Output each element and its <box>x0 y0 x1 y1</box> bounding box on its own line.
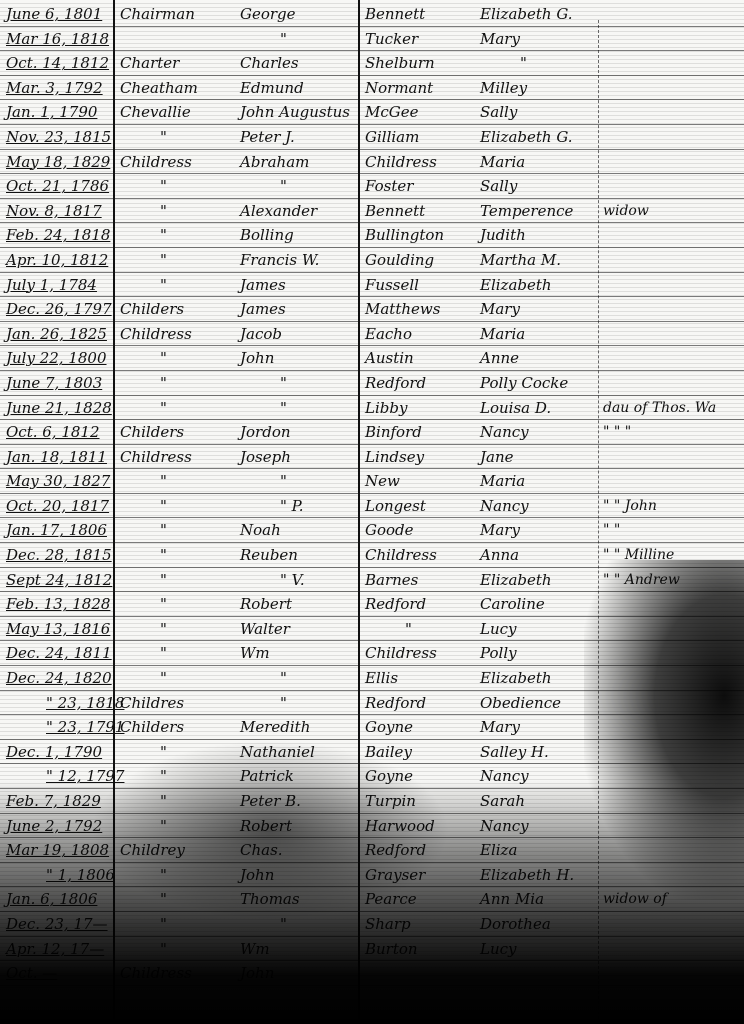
entry-spouse-surname: Austin <box>365 348 475 368</box>
entry-spouse-surname: McGee <box>365 102 475 122</box>
entry-note: " " John <box>603 496 744 516</box>
table-row: Dec. 26, 1797ChildersJamesMatthewsMary <box>0 297 744 322</box>
entry-spouse-surname: Gilliam <box>365 127 475 147</box>
entry-given-name: Jacob <box>240 324 358 344</box>
entry-date: Jan. 26, 1825 <box>6 324 110 344</box>
entry-given-name: Wm <box>240 939 358 959</box>
entry-given-name: Bolling <box>240 225 358 245</box>
entry-surname: Childress <box>120 152 230 172</box>
entry-surname: Childress <box>120 447 230 467</box>
table-row: Mar 19, 1808ChildreyChas.RedfordEliza <box>0 838 744 863</box>
entry-date: June 6, 1801 <box>6 4 110 24</box>
entry-given-name: Meredith <box>240 717 358 737</box>
table-row: Oct. 6, 1812ChildersJordonBinfordNancy" … <box>0 420 744 445</box>
entry-spouse-surname: Matthews <box>365 299 475 319</box>
entry-date: Dec. 26, 1797 <box>6 299 110 319</box>
entry-note: " " Milline <box>603 545 744 565</box>
entry-spouse-surname: Burton <box>365 939 475 959</box>
entry-spouse-given-name: Caroline <box>480 594 598 614</box>
entry-spouse-given-name: Mary <box>480 299 598 319</box>
table-row: " 23, 1791ChildersMeredithGoyneMary <box>0 715 744 740</box>
entry-spouse-surname: Childress <box>365 152 475 172</box>
entry-spouse-surname: Binford <box>365 422 475 442</box>
entry-spouse-given-name: Maria <box>480 324 598 344</box>
entry-spouse-surname: Normant <box>365 78 475 98</box>
entry-spouse-given-name: Mary <box>480 717 598 737</box>
entry-spouse-surname: Childress <box>365 545 475 565</box>
table-row: Jan. 26, 1825ChildressJacobEachoMaria <box>0 322 744 347</box>
entry-spouse-given-name: Jane <box>480 447 598 467</box>
entry-given-name: Francis W. <box>240 250 358 270</box>
table-row: Jan. 18, 1811ChildressJosephLindseyJane <box>0 445 744 470</box>
table-row: Jan. 17, 1806"NoahGoodeMary" " <box>0 518 744 543</box>
entry-date: July 22, 1800 <box>6 348 110 368</box>
entry-spouse-given-name: Elizabeth G. <box>480 127 598 147</box>
table-row: " 1, 1806"JohnGrayserElizabeth H. <box>0 863 744 888</box>
entry-spouse-given-name: Polly Cocke <box>480 373 598 393</box>
entry-given-name: Robert <box>240 816 358 836</box>
entry-spouse-given-name: Maria <box>480 471 598 491</box>
entry-spouse-surname: Goode <box>365 520 475 540</box>
entry-given-name: Wm <box>240 643 358 663</box>
entry-spouse-surname: Barnes <box>365 570 475 590</box>
entry-surname: Childers <box>120 299 230 319</box>
entry-given-name: Jordon <box>240 422 358 442</box>
table-row: Mar. 3, 1792CheathamEdmundNormantMilley <box>0 76 744 101</box>
entry-surname: Childress <box>120 963 230 983</box>
table-row: Oct. 20, 1817"" P.LongestNancy" " John <box>0 494 744 519</box>
table-row: July 1, 1784"JamesFussellElizabeth <box>0 273 744 298</box>
entry-date: Apr. 10, 1812 <box>6 250 110 270</box>
entry-spouse-surname: Foster <box>365 176 475 196</box>
table-row: May 30, 1827""NewMaria <box>0 469 744 494</box>
entry-spouse-surname: Harwood <box>365 816 475 836</box>
entry-given-name: John <box>240 865 358 885</box>
entry-surname: Chairman <box>120 4 230 24</box>
entry-surname: Childers <box>120 422 230 442</box>
table-row: Jan. 1, 1790ChevallieJohn AugustusMcGeeS… <box>0 100 744 125</box>
entry-given-name: James <box>240 299 358 319</box>
entry-given-name: Thomas <box>240 889 358 909</box>
table-row: Dec. 24, 1811"WmChildressPolly <box>0 641 744 666</box>
entry-date: Mar 16, 1818 <box>6 29 110 49</box>
entry-date: Feb. 24, 1818 <box>6 225 110 245</box>
entry-spouse-surname: Redford <box>365 840 475 860</box>
table-row: Nov. 8, 1817"AlexanderBennettTemperencew… <box>0 199 744 224</box>
entry-spouse-surname: Redford <box>365 693 475 713</box>
entry-date: Oct. 6, 1812 <box>6 422 110 442</box>
entry-spouse-surname: Lindsey <box>365 447 475 467</box>
entry-given-name: John <box>240 348 358 368</box>
entry-date: July 1, 1784 <box>6 275 110 295</box>
entry-spouse-given-name: Dorothea <box>480 914 598 934</box>
table-row: Sept 24, 1812"" V.BarnesElizabeth" " And… <box>0 568 744 593</box>
entry-date: May 30, 1827 <box>6 471 110 491</box>
entry-spouse-given-name: Elizabeth H. <box>480 865 598 885</box>
entry-spouse-given-name: Nancy <box>480 496 598 516</box>
entry-given-name: Peter J. <box>240 127 358 147</box>
entry-spouse-given-name: Eliza <box>480 840 598 860</box>
entry-spouse-surname: Bennett <box>365 201 475 221</box>
entry-date: Oct. 20, 1817 <box>6 496 110 516</box>
entry-spouse-given-name: Nancy <box>480 766 598 786</box>
entry-spouse-given-name: Lucy <box>480 619 598 639</box>
entry-spouse-given-name: Elizabeth <box>480 668 598 688</box>
table-row: Feb. 24, 1818"BollingBullingtonJudith <box>0 223 744 248</box>
entry-given-name: Chas. <box>240 840 358 860</box>
entry-spouse-surname: New <box>365 471 475 491</box>
entry-date: Feb. 13, 1828 <box>6 594 110 614</box>
entry-spouse-surname: Redford <box>365 594 475 614</box>
entry-date: Oct. 14, 1812 <box>6 53 110 73</box>
entry-spouse-surname: Pearce <box>365 889 475 909</box>
table-row: Mar 16, 1818"TuckerMary <box>0 27 744 52</box>
entry-surname: Childress <box>120 324 230 344</box>
entry-date: Dec. 1, 1790 <box>6 742 110 762</box>
entry-date: Feb. 7, 1829 <box>6 791 110 811</box>
table-row: Feb. 13, 1828"RobertRedfordCaroline <box>0 592 744 617</box>
entry-spouse-given-name: Nancy <box>480 816 598 836</box>
entry-spouse-surname: Goulding <box>365 250 475 270</box>
entry-given-name: John <box>240 963 358 983</box>
entry-given-name: Patrick <box>240 766 358 786</box>
entry-date: Dec. 24, 1820 <box>6 668 110 688</box>
entry-date: Oct. — <box>6 963 110 983</box>
entry-date: May 18, 1829 <box>6 152 110 172</box>
entry-spouse-given-name: Elizabeth <box>480 570 598 590</box>
entry-date: Jan. 18, 1811 <box>6 447 110 467</box>
table-row: Dec. 23, 17—""SharpDorothea <box>0 912 744 937</box>
table-row: " 23, 1818Childres"RedfordObedience <box>0 691 744 716</box>
entry-spouse-given-name: Sarah <box>480 791 598 811</box>
entry-date: Oct. 21, 1786 <box>6 176 110 196</box>
entry-note: " " Andrew <box>603 570 744 590</box>
table-row: June 6, 1801ChairmanGeorgeBennettElizabe… <box>0 2 744 27</box>
entry-date: May 13, 1816 <box>6 619 110 639</box>
entry-given-name: George <box>240 4 358 24</box>
entry-spouse-surname: Eacho <box>365 324 475 344</box>
entry-spouse-surname: Shelburn <box>365 53 475 73</box>
entry-note: widow <box>603 201 744 221</box>
table-row: June 2, 1792"RobertHarwoodNancy <box>0 814 744 839</box>
entry-date: Jan. 17, 1806 <box>6 520 110 540</box>
entry-spouse-surname: Goyne <box>365 717 475 737</box>
entry-spouse-surname: Bullington <box>365 225 475 245</box>
entry-date: June 2, 1792 <box>6 816 110 836</box>
entry-given-name: Nathaniel <box>240 742 358 762</box>
entry-date: Jan. 1, 1790 <box>6 102 110 122</box>
entry-spouse-given-name: Louisa D. <box>480 398 598 418</box>
entry-date: Jan. 6, 1806 <box>6 889 110 909</box>
entry-spouse-surname: Redford <box>365 373 475 393</box>
entry-surname: Childrey <box>120 840 230 860</box>
entry-spouse-given-name: Elizabeth G. <box>480 4 598 24</box>
entry-spouse-given-name: Sally <box>480 102 598 122</box>
entry-spouse-given-name: Salley H. <box>480 742 598 762</box>
table-row: Apr. 10, 1812"Francis W.GouldingMartha M… <box>0 248 744 273</box>
register-rows: June 6, 1801ChairmanGeorgeBennettElizabe… <box>0 2 744 986</box>
entry-note: " " <box>603 520 744 540</box>
entry-given-name: Robert <box>240 594 358 614</box>
table-row: May 13, 1816"Walter"Lucy <box>0 617 744 642</box>
entry-spouse-surname: Grayser <box>365 865 475 885</box>
table-row: June 21, 1828""LibbyLouisa D.dau of Thos… <box>0 396 744 421</box>
entry-spouse-given-name: Lucy <box>480 939 598 959</box>
entry-spouse-given-name: Martha M. <box>480 250 598 270</box>
entry-spouse-given-name: Maria <box>480 152 598 172</box>
table-row: Feb. 7, 1829"Peter B.TurpinSarah <box>0 789 744 814</box>
table-row: Dec. 24, 1820""EllisElizabeth <box>0 666 744 691</box>
entry-spouse-given-name: Polly <box>480 643 598 663</box>
entry-note: widow of <box>603 889 744 909</box>
table-row: Dec. 28, 1815"ReubenChildressAnna" " Mil… <box>0 543 744 568</box>
entry-given-name: Abraham <box>240 152 358 172</box>
entry-date: Mar. 3, 1792 <box>6 78 110 98</box>
entry-spouse-given-name: Obedience <box>480 693 598 713</box>
ledger-page: June 6, 1801ChairmanGeorgeBennettElizabe… <box>0 0 744 1024</box>
entry-spouse-surname: Bennett <box>365 4 475 24</box>
entry-surname: Chevallie <box>120 102 230 122</box>
entry-given-name: John Augustus <box>240 102 358 122</box>
entry-spouse-surname: Bailey <box>365 742 475 762</box>
entry-spouse-surname: Tucker <box>365 29 475 49</box>
entry-date: Dec. 28, 1815 <box>6 545 110 565</box>
entry-spouse-given-name: Anna <box>480 545 598 565</box>
entry-spouse-surname: Longest <box>365 496 475 516</box>
table-row: Oct. 14, 1812CharterCharlesShelburn" <box>0 51 744 76</box>
entry-spouse-surname: Turpin <box>365 791 475 811</box>
entry-spouse-surname: Childress <box>365 643 475 663</box>
entry-spouse-surname: Sharp <box>365 914 475 934</box>
entry-given-name: Walter <box>240 619 358 639</box>
table-row: " 12, 1797"PatrickGoyneNancy <box>0 764 744 789</box>
table-row: Nov. 23, 1815"Peter J.GilliamElizabeth G… <box>0 125 744 150</box>
entry-spouse-given-name: Mary <box>480 29 598 49</box>
entry-date: Sept 24, 1812 <box>6 570 110 590</box>
table-row: Dec. 1, 1790"NathanielBaileySalley H. <box>0 740 744 765</box>
entry-surname: Cheatham <box>120 78 230 98</box>
entry-surname: Charter <box>120 53 230 73</box>
entry-date: June 7, 1803 <box>6 373 110 393</box>
entry-date: Dec. 24, 1811 <box>6 643 110 663</box>
table-row: Apr. 12, 17—"WmBurtonLucy <box>0 937 744 962</box>
table-row: Oct. 21, 1786""FosterSally <box>0 174 744 199</box>
entry-spouse-given-name: Sally <box>480 176 598 196</box>
entry-surname: Childers <box>120 717 230 737</box>
entry-spouse-given-name: Judith <box>480 225 598 245</box>
entry-date: Mar 19, 1808 <box>6 840 110 860</box>
entry-spouse-given-name: " <box>480 53 638 73</box>
table-row: Oct. —ChildressJohn <box>0 961 744 986</box>
entry-given-name: James <box>240 275 358 295</box>
table-row: July 22, 1800"JohnAustinAnne <box>0 346 744 371</box>
entry-date: June 21, 1828 <box>6 398 110 418</box>
entry-date: Nov. 8, 1817 <box>6 201 110 221</box>
entry-given-name: Edmund <box>240 78 358 98</box>
table-row: Jan. 6, 1806"ThomasPearceAnn Miawidow of <box>0 887 744 912</box>
entry-given-name: Reuben <box>240 545 358 565</box>
entry-note: " " " <box>603 422 744 442</box>
entry-given-name: Alexander <box>240 201 358 221</box>
entry-spouse-given-name: Milley <box>480 78 598 98</box>
entry-spouse-given-name: Temperence <box>480 201 598 221</box>
entry-spouse-given-name: Anne <box>480 348 598 368</box>
entry-spouse-given-name: Ann Mia <box>480 889 598 909</box>
entry-given-name: Noah <box>240 520 358 540</box>
entry-spouse-given-name: Elizabeth <box>480 275 598 295</box>
entry-note: dau of Thos. Wa <box>603 398 744 418</box>
entry-given-name: Charles <box>240 53 358 73</box>
entry-spouse-given-name: Nancy <box>480 422 598 442</box>
entry-spouse-surname: Fussell <box>365 275 475 295</box>
entry-date: Nov. 23, 1815 <box>6 127 110 147</box>
table-row: May 18, 1829ChildressAbrahamChildressMar… <box>0 150 744 175</box>
entry-spouse-given-name: Mary <box>480 520 598 540</box>
entry-given-name: Joseph <box>240 447 358 467</box>
entry-date: Apr. 12, 17— <box>6 939 110 959</box>
entry-spouse-surname: Libby <box>365 398 475 418</box>
entry-spouse-surname: Ellis <box>365 668 475 688</box>
entry-given-name: Peter B. <box>240 791 358 811</box>
entry-surname: Childres <box>120 693 230 713</box>
table-row: June 7, 1803""RedfordPolly Cocke <box>0 371 744 396</box>
entry-date: Dec. 23, 17— <box>6 914 110 934</box>
entry-spouse-surname: Goyne <box>365 766 475 786</box>
